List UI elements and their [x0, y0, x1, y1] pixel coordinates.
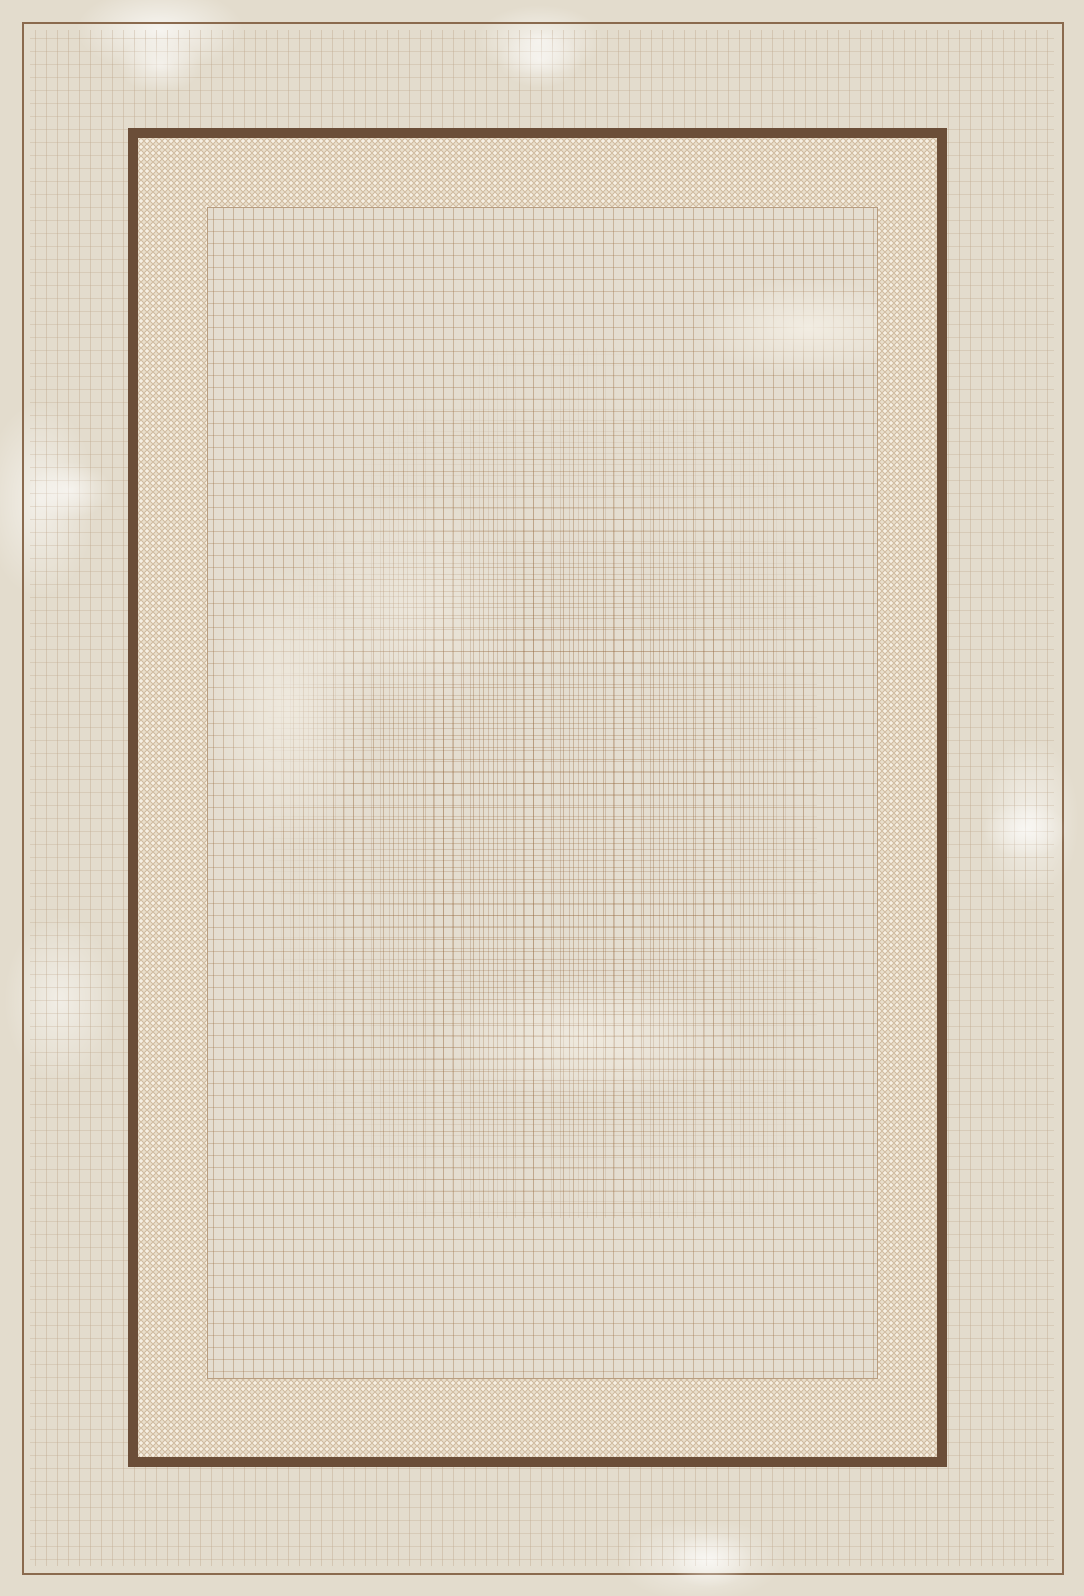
inner-field-dense-texture [268, 348, 817, 1218]
inner-field [207, 207, 878, 1379]
rug-photo [0, 0, 1084, 1596]
